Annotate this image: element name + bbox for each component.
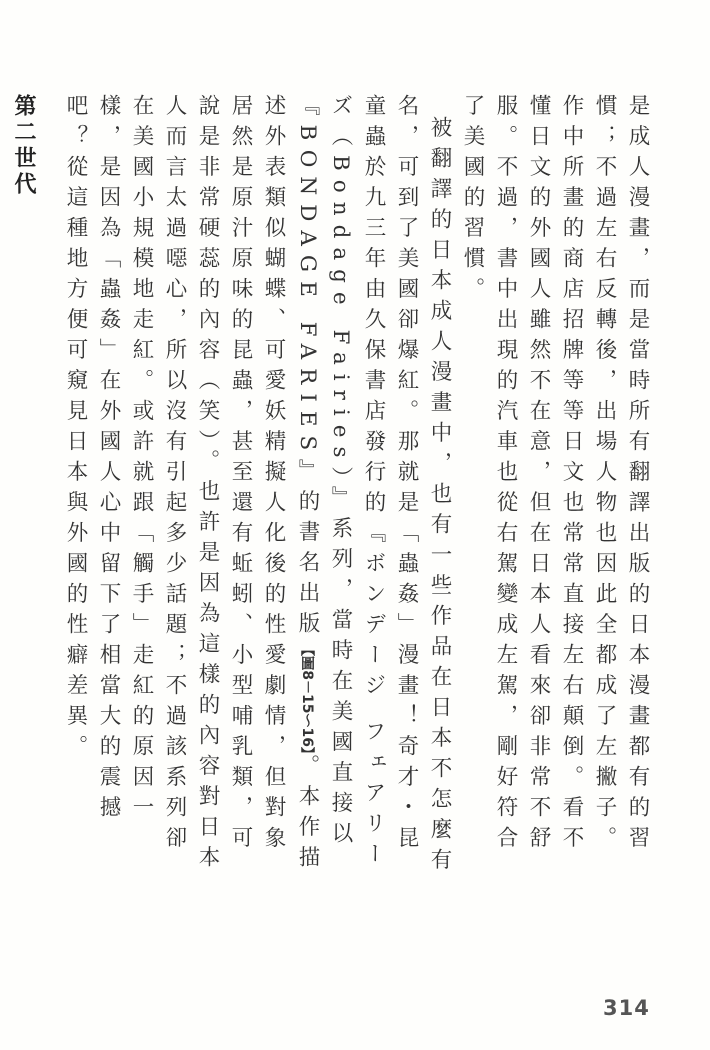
vertical-text-body: 是成人漫畫，而是當時所有翻譯出版的日本漫畫都有的習慣；不過左右反轉後，出場人物也… [0,94,654,884]
page-number: 314 [603,996,650,1020]
figure-reference: 【圖8－15～16】 [299,642,315,754]
book-page: 是成人漫畫，而是當時所有翻譯出版的日本漫畫都有的習慣；不過左右反轉後，出場人物也… [0,0,710,1050]
paragraph-continued: 是成人漫畫，而是當時所有翻譯出版的日本漫畫都有的習慣；不過左右反轉後，出場人物也… [456,94,654,884]
paragraph-part: 。本作描述外表類似蝴蝶、可愛妖精擬人化後的性愛劇情，但對象居然是原汁原味的昆蟲，… [63,94,320,876]
section-heading: 第二世代 [7,94,40,884]
paragraph-bondage-fairies: 被翻譯的日本成人漫畫中，也有一些作品在日本不怎麼有名，可到了美國卻爆紅。那就是「… [59,94,456,884]
